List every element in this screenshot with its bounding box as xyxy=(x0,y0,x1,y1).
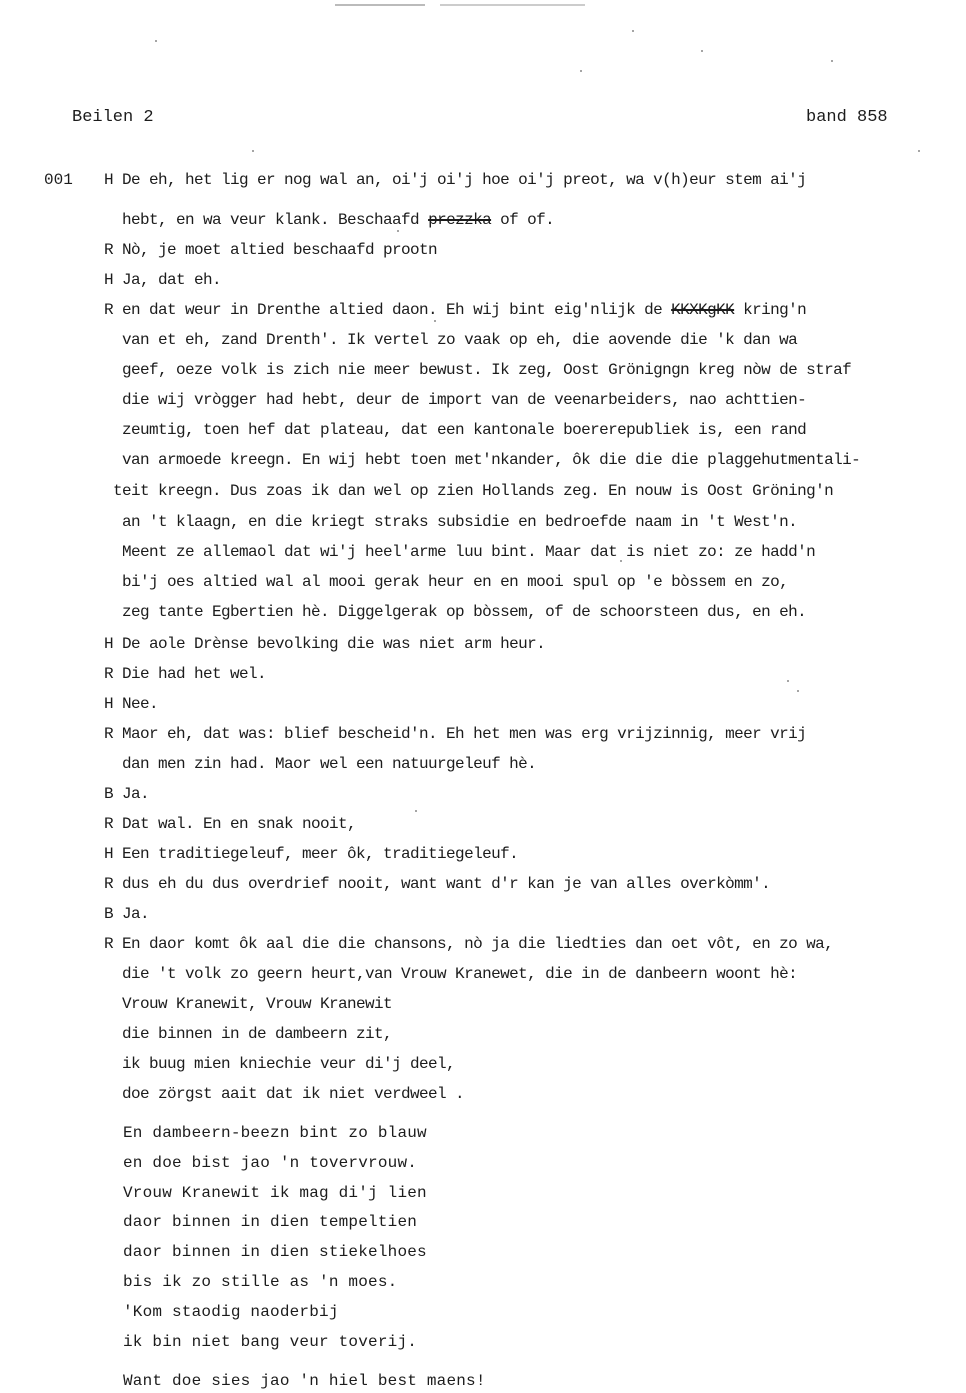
line-text: R Dat wal. En en snak nooit, xyxy=(104,815,356,833)
line-text: R Die had het wel. xyxy=(104,665,266,683)
scan-speck xyxy=(620,560,622,562)
transcript-line: R Die had het wel. xyxy=(104,665,266,683)
scan-speck xyxy=(787,680,789,682)
line-text-tail: kring'n xyxy=(734,301,806,319)
poem-line: ik bin niet bang veur toverij. xyxy=(123,1333,417,1351)
line-text: R dus eh du dus overdrief nooit, want wa… xyxy=(104,875,770,893)
line-text: doe zörgst aait dat ik niet verdweel . xyxy=(104,1085,464,1103)
scan-speck xyxy=(155,40,157,42)
scan-speck xyxy=(252,150,254,152)
transcript-line: van et eh, zand Drenth'. Ik vertel zo va… xyxy=(104,331,797,349)
line-text: bi'j oes altied wal al mooi gerak heur e… xyxy=(104,573,788,591)
transcript-line: Vrouw Kranewit, Vrouw Kranewit xyxy=(104,995,392,1013)
transcript-line: R Nò, je moet altied beschaafd prootn xyxy=(104,241,437,259)
line-text: van et eh, zand Drenth'. Ik vertel zo va… xyxy=(104,331,797,349)
poem-line: daor binnen in dien tempeltien xyxy=(123,1213,417,1231)
transcript-line: die wij vrògger had hebt, deur de import… xyxy=(104,391,806,409)
scan-artifact xyxy=(335,4,425,6)
poem-line: daor binnen in dien stiekelhoes xyxy=(123,1243,427,1261)
poem-line: En dambeern-beezn bint zo blauw xyxy=(123,1124,427,1142)
scan-speck xyxy=(415,810,417,812)
line-text: die wij vrògger had hebt, deur de import… xyxy=(104,391,806,409)
line-text: H Een traditiegeleuf, meer ôk, traditieg… xyxy=(104,845,518,863)
scan-speck xyxy=(701,50,703,52)
scan-speck xyxy=(434,320,436,322)
transcript-line: R En daor komt ôk aal die die chansons, … xyxy=(104,935,833,953)
poem-line: en doe bist jao 'n tovervrouw. xyxy=(123,1154,417,1172)
line-text: H Nee. xyxy=(104,695,158,713)
line-text: Meent ze allemaol dat wi'j heel'arme luu… xyxy=(104,543,815,561)
scan-speck xyxy=(397,230,399,232)
line-text: B Ja. xyxy=(104,905,149,923)
header-location: Beilen 2 xyxy=(72,108,154,127)
line-text: teit kreegn. Dus zoas ik dan wel op zien… xyxy=(104,482,833,500)
line-text: geef, oeze volk is zich nie meer bewust.… xyxy=(104,361,851,379)
line-text: zeumtig, toen hef dat plateau, dat een k… xyxy=(104,421,806,439)
line-text: ik buug mien kniechie veur di'j deel, xyxy=(104,1055,455,1073)
line-text: Vrouw Kranewit, Vrouw Kranewit xyxy=(104,995,392,1013)
line-text: H De aole Drènse bevolking die was niet … xyxy=(104,635,545,653)
transcript-line: H De aole Drènse bevolking die was niet … xyxy=(104,635,545,653)
transcript-line: hebt, en wa veur klank. Beschaafd prezzk… xyxy=(104,211,554,229)
transcript-line: zeumtig, toen hef dat plateau, dat een k… xyxy=(104,421,806,439)
poem-line: Vrouw Kranewit ik mag di'j lien xyxy=(123,1184,427,1202)
transcript-line: H Ja, dat eh. xyxy=(104,271,221,289)
transcript-line: die binnen in de dambeern zit, xyxy=(104,1025,392,1043)
line-text: zeg tante Egbertien hè. Diggelgerak op b… xyxy=(104,603,806,621)
line-text: R en dat weur in Drenthe altied daon. Eh… xyxy=(104,301,671,319)
transcript-line: B Ja. xyxy=(104,905,149,923)
transcript-line: bi'j oes altied wal al mooi gerak heur e… xyxy=(104,573,788,591)
transcript-line: dan men zin had. Maor wel een natuurgele… xyxy=(104,755,536,773)
transcript-line: teit kreegn. Dus zoas ik dan wel op zien… xyxy=(104,482,833,500)
typed-transcript-page: Beilen 2 band 858 001 H De eh, het lig e… xyxy=(0,0,966,1393)
line-text: dan men zin had. Maor wel een natuurgele… xyxy=(104,755,536,773)
header-tape-number: band 858 xyxy=(806,108,888,127)
segment-number: 001 xyxy=(44,171,73,189)
line-text: R Nò, je moet altied beschaafd prootn xyxy=(104,241,437,259)
poem-line: Want doe sies jao 'n hiel best maens! xyxy=(123,1372,486,1390)
line-text: B Ja. xyxy=(104,785,149,803)
transcript-line: R Dat wal. En en snak nooit, xyxy=(104,815,356,833)
transcript-line: geef, oeze volk is zich nie meer bewust.… xyxy=(104,361,851,379)
scan-speck xyxy=(797,690,799,692)
transcript-line: Meent ze allemaol dat wi'j heel'arme luu… xyxy=(104,543,815,561)
transcript-line: R dus eh du dus overdrief nooit, want wa… xyxy=(104,875,770,893)
line-text: hebt, en wa veur klank. Beschaafd xyxy=(104,211,428,229)
poem-line: 'Kom staodig naoderbij xyxy=(123,1303,339,1321)
transcript-line: H De eh, het lig er nog wal an, oi'j oi'… xyxy=(104,171,806,189)
poem-line: bis ik zo stille as 'n moes. xyxy=(123,1273,397,1291)
line-text: van armoede kreegn. En wij hebt toen met… xyxy=(104,451,860,469)
scan-speck xyxy=(580,70,582,72)
transcript-line: H Nee. xyxy=(104,695,158,713)
transcript-line: R en dat weur in Drenthe altied daon. Eh… xyxy=(104,301,806,319)
line-text: R Maor eh, dat was: blief bescheid'n. Eh… xyxy=(104,725,806,743)
scan-speck xyxy=(831,60,833,62)
line-text: H Ja, dat eh. xyxy=(104,271,221,289)
scan-speck xyxy=(632,30,634,32)
transcript-line: van armoede kreegn. En wij hebt toen met… xyxy=(104,451,860,469)
scan-speck xyxy=(918,150,920,152)
transcript-line: H Een traditiegeleuf, meer ôk, traditieg… xyxy=(104,845,518,863)
line-text: an 't klaagn, en die kriegt straks subsi… xyxy=(104,513,797,531)
transcript-line: an 't klaagn, en die kriegt straks subsi… xyxy=(104,513,797,531)
scan-artifact xyxy=(440,4,585,6)
line-text: die binnen in de dambeern zit, xyxy=(104,1025,392,1043)
transcript-line: doe zörgst aait dat ik niet verdweel . xyxy=(104,1085,464,1103)
transcript-line: die 't volk zo geern heurt,van Vrouw Kra… xyxy=(104,965,797,983)
line-text: die 't volk zo geern heurt,van Vrouw Kra… xyxy=(104,965,797,983)
transcript-line: R Maor eh, dat was: blief bescheid'n. Eh… xyxy=(104,725,806,743)
struck-out-text: prezzka xyxy=(428,211,491,229)
transcript-line: ik buug mien kniechie veur di'j deel, xyxy=(104,1055,455,1073)
line-text-tail: of of. xyxy=(491,211,554,229)
transcript-line: B Ja. xyxy=(104,785,149,803)
line-text: R En daor komt ôk aal die die chansons, … xyxy=(104,935,833,953)
line-text: H De eh, het lig er nog wal an, oi'j oi'… xyxy=(104,171,806,189)
transcript-line: zeg tante Egbertien hè. Diggelgerak op b… xyxy=(104,603,806,621)
struck-out-text: KKXKgKK xyxy=(671,301,734,319)
